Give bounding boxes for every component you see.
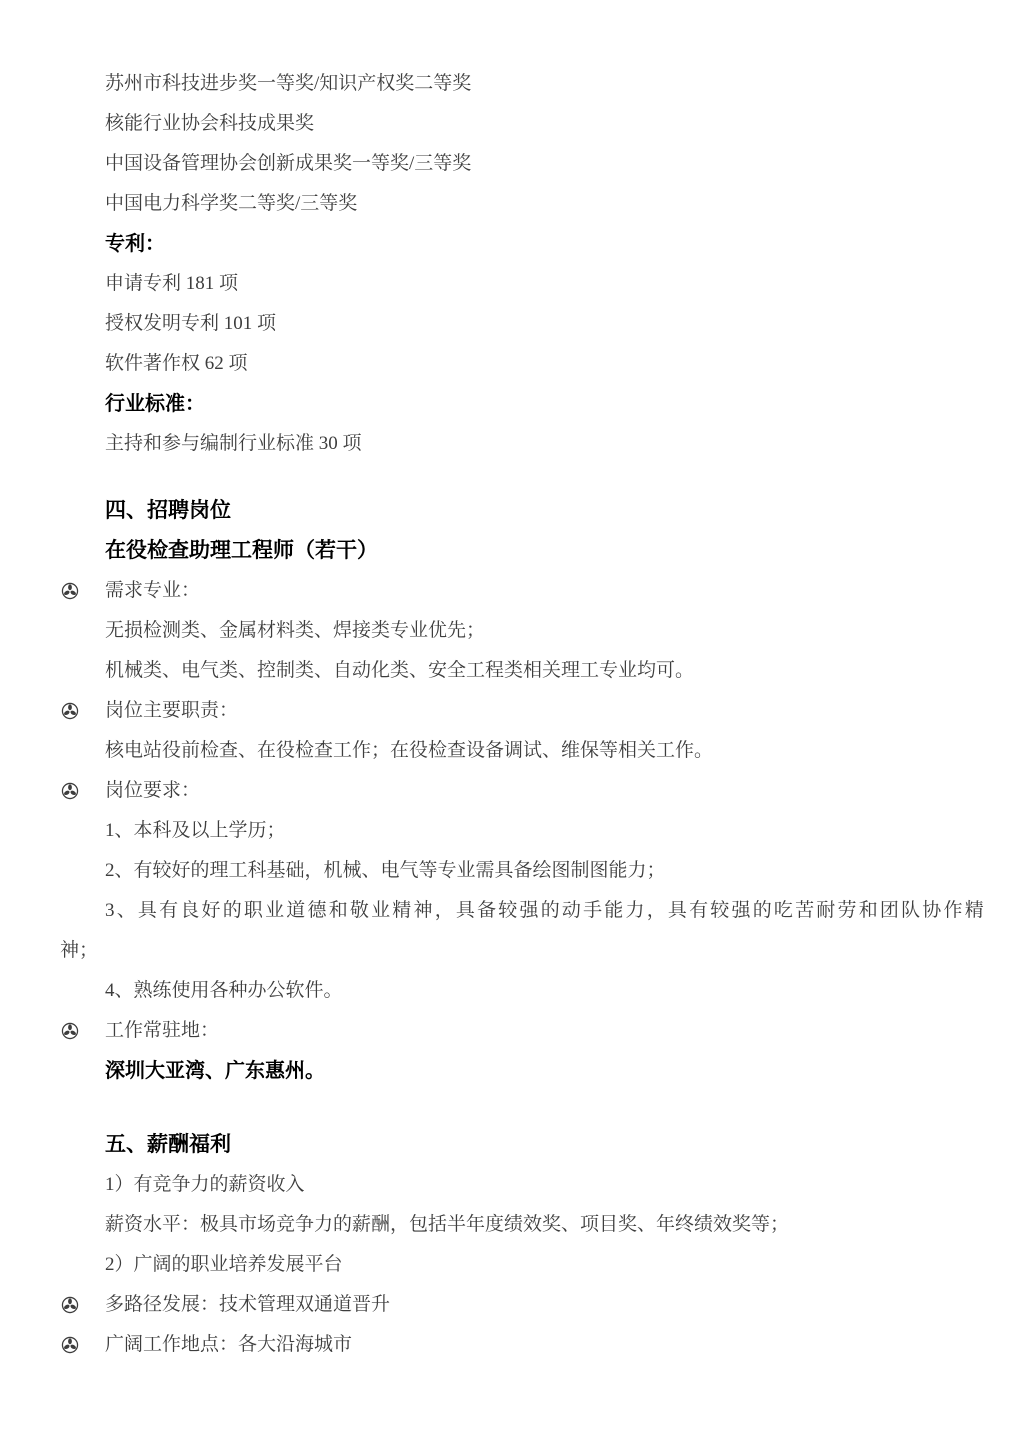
requirement-line: 1、本科及以上学历； xyxy=(60,811,966,851)
location-value: 深圳大亚湾、广东惠州。 xyxy=(60,1051,966,1091)
standard-line: 主持和参与编制行业标准 30 项 xyxy=(60,424,966,464)
section-title-salary: 五、薪酬福利 xyxy=(60,1125,966,1165)
trefoil-bullet-icon xyxy=(61,582,79,600)
section-title-recruit: 四、招聘岗位 xyxy=(60,491,966,531)
requirements-label: 岗位要求： xyxy=(105,780,200,801)
document-content: 苏州市科技进步奖一等奖/知识产权奖二等奖 核能行业协会科技成果奖 中国设备管理协… xyxy=(60,64,966,1365)
location-label: 工作常驻地： xyxy=(105,1020,219,1041)
award-line: 中国电力科学奖二等奖/三等奖 xyxy=(60,184,966,224)
job-title: 在役检查助理工程师（若干） xyxy=(60,531,966,571)
salary-detail-line: 薪资水平：极具市场竞争力的薪酬，包括半年度绩效奖、项目奖、年终绩效奖等； xyxy=(60,1205,966,1245)
salary-item-line: 1）有竞争力的薪资收入 xyxy=(60,1165,966,1205)
location-label-line: 工作常驻地： xyxy=(60,1011,966,1051)
trefoil-bullet-icon xyxy=(61,1296,79,1314)
requirement-line-wrap: 神； xyxy=(60,931,966,971)
document-page: 苏州市科技进步奖一等奖/知识产权奖二等奖 核能行业协会科技成果奖 中国设备管理协… xyxy=(0,0,1024,1448)
duties-line: 核电站役前检查、在役检查工作；在役检查设备调试、维保等相关工作。 xyxy=(60,731,966,771)
patent-line: 申请专利 181 项 xyxy=(60,264,966,304)
majors-label: 需求专业： xyxy=(105,580,200,601)
trefoil-bullet-icon xyxy=(61,702,79,720)
standards-heading: 行业标准： xyxy=(60,384,966,424)
award-line: 中国设备管理协会创新成果奖一等奖/三等奖 xyxy=(60,144,966,184)
majors-label-line: 需求专业： xyxy=(60,571,966,611)
work-cities-text: 广阔工作地点：各大沿海城市 xyxy=(105,1334,352,1355)
duties-label: 岗位主要职责： xyxy=(105,700,238,721)
requirement-line: 2、有较好的理工科基础，机械、电气等专业需具备绘图制图能力； xyxy=(60,851,966,891)
trefoil-bullet-icon xyxy=(61,1336,79,1354)
majors-line: 机械类、电气类、控制类、自动化类、安全工程类相关理工专业均可。 xyxy=(60,651,966,691)
growth-path-text: 多路径发展：技术管理双通道晋升 xyxy=(105,1294,390,1315)
patent-line: 软件著作权 62 项 xyxy=(60,344,966,384)
patent-line: 授权发明专利 101 项 xyxy=(60,304,966,344)
requirement-line: 3、具有良好的职业道德和敬业精神，具备较强的动手能力，具有较强的吃苦耐劳和团队协… xyxy=(60,891,966,931)
patents-heading: 专利： xyxy=(60,224,966,264)
requirement-line: 4、熟练使用各种办公软件。 xyxy=(60,971,966,1011)
majors-line: 无损检测类、金属材料类、焊接类专业优先； xyxy=(60,611,966,651)
award-line: 苏州市科技进步奖一等奖/知识产权奖二等奖 xyxy=(60,64,966,104)
growth-path-line: 多路径发展：技术管理双通道晋升 xyxy=(60,1285,966,1325)
salary-item-line: 2）广阔的职业培养发展平台 xyxy=(60,1245,966,1285)
trefoil-bullet-icon xyxy=(61,782,79,800)
duties-label-line: 岗位主要职责： xyxy=(60,691,966,731)
trefoil-bullet-icon xyxy=(61,1022,79,1040)
requirements-label-line: 岗位要求： xyxy=(60,771,966,811)
work-cities-line: 广阔工作地点：各大沿海城市 xyxy=(60,1325,966,1365)
award-line: 核能行业协会科技成果奖 xyxy=(60,104,966,144)
